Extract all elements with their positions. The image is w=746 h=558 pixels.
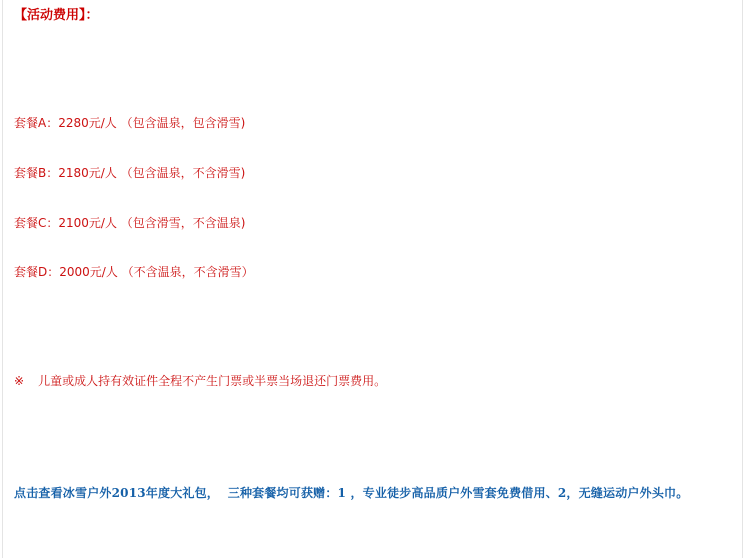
package-d: 套餐D：2000元/人 （不含温泉，不含滑雪） bbox=[14, 264, 254, 280]
package-a: 套餐A：2280元/人 （包含温泉，包含滑雪) bbox=[14, 115, 245, 131]
content-frame: 【活动费用】： 套餐A：2280元/人 （包含温泉，包含滑雪) 套餐B：2180… bbox=[2, 0, 743, 558]
package-b: 套餐B：2180元/人 （包含温泉，不含滑雪) bbox=[14, 165, 245, 181]
package-c: 套餐C：2100元/人 （包含滑雪，不含温泉) bbox=[14, 215, 245, 231]
gift-package-link[interactable]: 点击查看冰雪户外2013年度大礼包， bbox=[14, 486, 219, 500]
ticket-note: ※儿童或成人持有效证件全程不产生门票或半票当场退还门票费用。 bbox=[14, 373, 386, 389]
gift-paragraph: 点击查看冰雪户外2013年度大礼包， 三种套餐均可获赠：1 ，专业徒步高品质户外… bbox=[14, 480, 742, 506]
section-heading: 【活动费用】： bbox=[14, 8, 99, 24]
reference-mark-icon: ※ bbox=[14, 374, 24, 388]
gift-details: 三种套餐均可获赠：1 ，专业徒步高品质户外雪套免费借用、2，无缝运动户外头巾。 bbox=[219, 486, 688, 500]
ticket-note-text: 儿童或成人持有效证件全程不产生门票或半票当场退还门票费用。 bbox=[38, 374, 386, 388]
